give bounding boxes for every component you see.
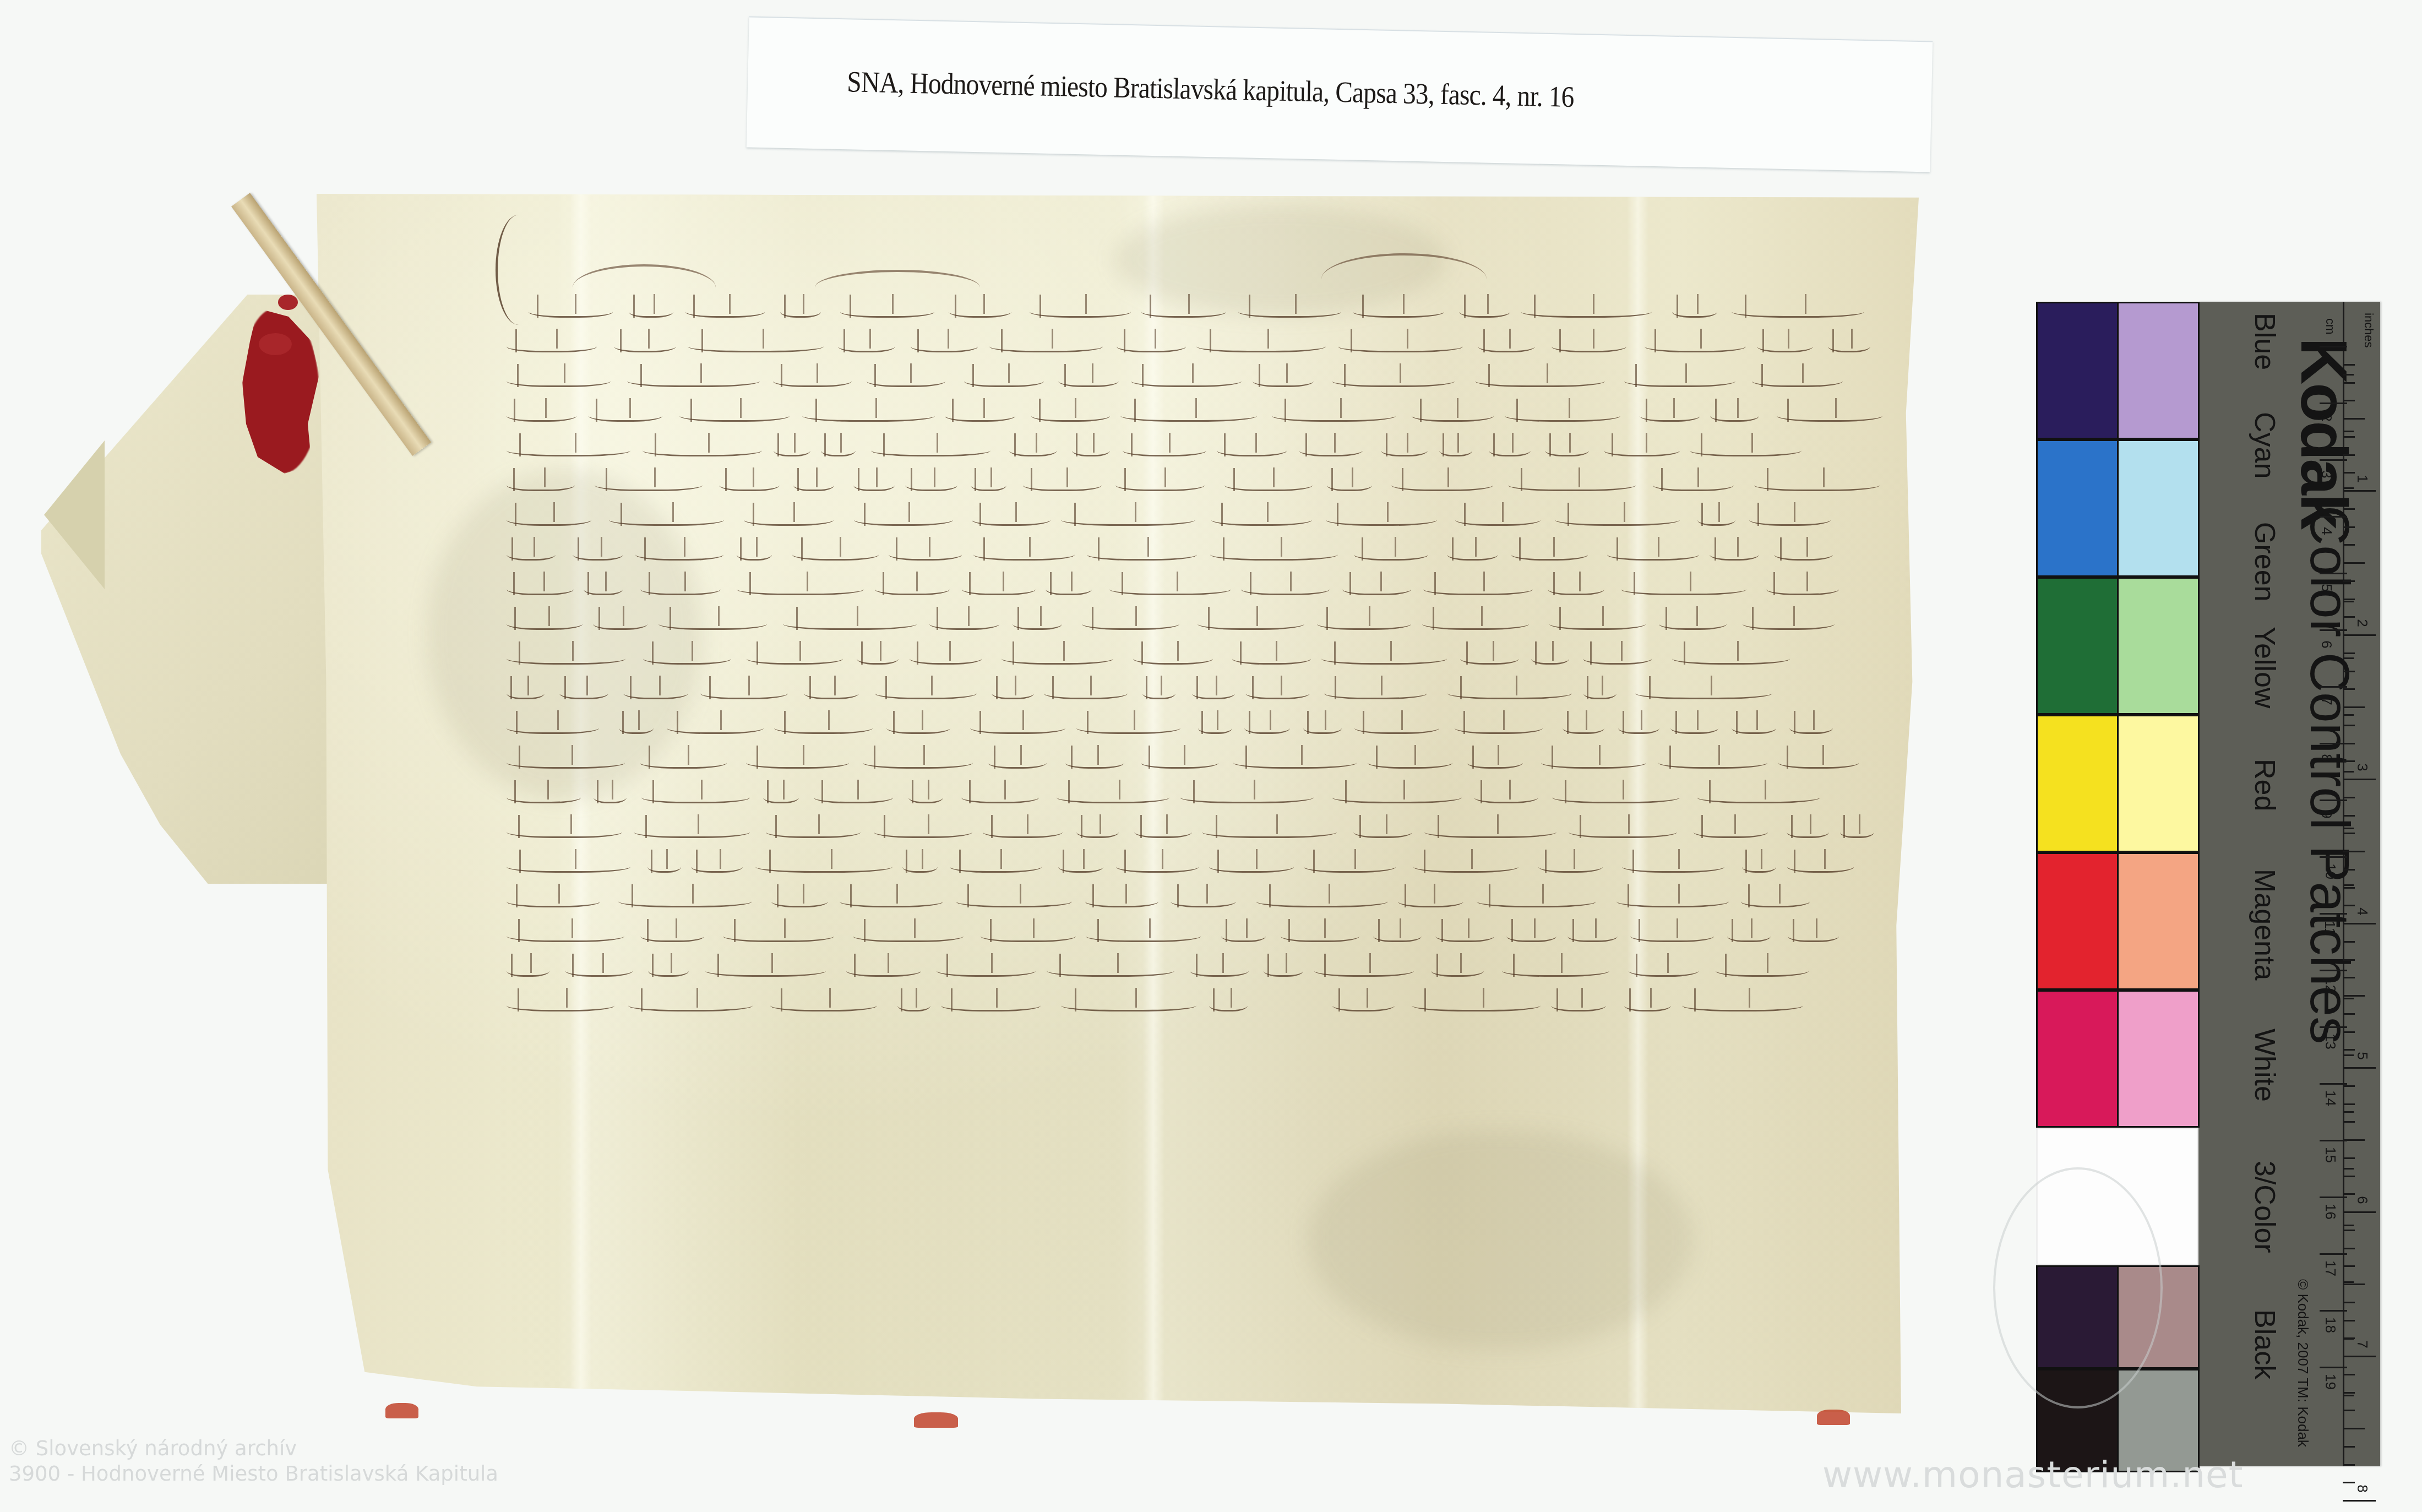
inch-subtick — [2343, 544, 2355, 546]
cm-tick-label: 18 — [2322, 1317, 2339, 1333]
inch-subtick — [2343, 869, 2355, 871]
cm-tick-label: 3 — [2318, 470, 2335, 478]
cm-tick-label: 4 — [2318, 527, 2335, 535]
inch-subtick — [2343, 400, 2355, 401]
inch-subtick — [2343, 1176, 2355, 1177]
cm-tick-label: 5 — [2318, 584, 2335, 591]
inch-subtick — [2343, 1410, 2355, 1411]
inch-subtick — [2343, 652, 2355, 654]
cm-tick — [2320, 1083, 2347, 1085]
inch-subtick — [2343, 436, 2355, 438]
inch-tick-label: 4 — [2354, 907, 2371, 915]
inch-tick — [2343, 923, 2376, 924]
swatch-label-white: White — [2248, 1029, 2281, 1102]
inch-subtick — [2343, 1320, 2355, 1321]
swatch-green-dark — [2036, 577, 2119, 715]
cm-tick-label: 7 — [2318, 697, 2335, 705]
half-cm-tick — [2343, 601, 2354, 602]
wax-trace — [385, 1403, 418, 1418]
inch-subtick — [2343, 1464, 2355, 1466]
inch-subtick — [2343, 1374, 2355, 1375]
cm-tick — [2320, 573, 2347, 574]
script-line — [507, 569, 1899, 604]
stain — [1308, 1130, 1693, 1350]
half-cm-tick — [2343, 431, 2354, 432]
archive-watermark: © Slovenský národný archív 3900 - Hodnov… — [9, 1436, 498, 1487]
inch-subtick — [2343, 995, 2365, 997]
swatch-red-light — [2117, 852, 2200, 990]
swatch-blue-light — [2117, 302, 2200, 439]
swatch-red-dark — [2036, 852, 2119, 990]
inch-subtick — [2343, 1283, 2365, 1285]
script-line — [507, 812, 1899, 847]
cm-tick — [2320, 686, 2347, 688]
half-cm-tick — [2343, 1111, 2354, 1113]
copyright-line: © Slovenský národný archív — [9, 1436, 498, 1461]
cm-tick — [2320, 459, 2347, 461]
cm-tick — [2320, 1196, 2347, 1198]
script-line — [507, 465, 1899, 500]
script-line — [507, 916, 1899, 951]
swatch-green-light — [2117, 577, 2200, 715]
inch-unit-label: inches — [2361, 313, 2376, 348]
half-cm-tick — [2343, 1225, 2354, 1226]
inch-subtick — [2343, 1482, 2355, 1483]
inch-subtick — [2343, 1121, 2355, 1123]
swatch-yellow-light — [2117, 715, 2200, 852]
script-line — [507, 986, 1899, 1020]
inch-subtick — [2343, 472, 2355, 474]
inch-subtick — [2343, 599, 2355, 600]
inch-subtick — [2343, 1103, 2355, 1105]
inch-subtick — [2343, 454, 2355, 456]
cm-tick-label: 11 — [2321, 921, 2338, 936]
swatch-label-3-color: 3/Color — [2248, 1161, 2281, 1253]
cm-tick — [2320, 1026, 2347, 1028]
inch-subtick — [2343, 1428, 2365, 1429]
swatch-yellow-dark — [2036, 715, 2119, 852]
inch-tick-label: 7 — [2354, 1340, 2371, 1348]
inch-tick-label: 3 — [2354, 763, 2371, 771]
inch-subtick — [2343, 1392, 2355, 1394]
cm-tick — [2320, 856, 2347, 858]
half-cm-tick — [2343, 771, 2354, 773]
seal-fragment — [278, 295, 298, 310]
inch-tick — [2343, 1211, 2376, 1213]
script-line — [507, 847, 1899, 882]
inch-subtick — [2343, 941, 2355, 943]
script-line — [507, 639, 1899, 673]
inch-subtick — [2343, 706, 2365, 708]
inch-subtick — [2343, 508, 2355, 510]
cm-unit-label: cm — [2323, 318, 2337, 334]
script-line — [507, 708, 1899, 743]
inch-subtick — [2343, 1265, 2355, 1267]
inch-subtick — [2343, 1302, 2355, 1303]
inch-subtick — [2343, 815, 2355, 817]
inch-subtick — [2343, 1193, 2355, 1195]
half-cm-tick — [2343, 487, 2354, 489]
cm-tick-label: 6 — [2318, 640, 2335, 648]
inch-subtick — [2343, 887, 2355, 889]
inch-tick-label: 1 — [2354, 475, 2371, 482]
half-cm-tick — [2343, 374, 2354, 376]
half-cm-tick — [2343, 657, 2354, 659]
inch-subtick — [2343, 797, 2355, 798]
cm-tick-label: 9 — [2318, 811, 2335, 818]
inch-tick — [2343, 490, 2376, 492]
swatch-cyan-light — [2117, 439, 2200, 577]
wax-trace — [1817, 1410, 1850, 1425]
inch-subtick — [2343, 671, 2355, 672]
inch-tick — [2343, 779, 2376, 780]
cm-tick-label: 14 — [2322, 1090, 2339, 1106]
script-line — [507, 604, 1899, 639]
inch-subtick — [2343, 833, 2355, 834]
cm-tick — [2320, 1367, 2347, 1368]
script-line — [507, 327, 1899, 361]
inch-subtick — [2343, 1085, 2355, 1087]
inch-tick — [2343, 1500, 2376, 1502]
cm-tick-label: 12 — [2322, 977, 2339, 993]
fond-line: 3900 - Hodnoverné Miesto Bratislavská Ka… — [9, 1461, 498, 1487]
site-watermark: www.monasterium.net — [1822, 1454, 2244, 1496]
inch-subtick — [2343, 1013, 2355, 1015]
kodak-brand: Kodak — [2286, 338, 2361, 528]
kodak-ruler: Kodak Color Control Patches © Kodak, 200… — [2198, 302, 2380, 1466]
script-line — [507, 500, 1899, 535]
inch-subtick — [2343, 1157, 2355, 1159]
swatch-cyan-dark — [2036, 439, 2119, 577]
cm-tick-label: 8 — [2318, 754, 2335, 762]
inch-subtick — [2343, 1031, 2355, 1033]
inch-subtick — [2343, 382, 2355, 384]
inch-subtick — [2343, 364, 2355, 366]
half-cm-tick — [2343, 884, 2354, 886]
script-line — [507, 673, 1899, 708]
inch-subtick — [2343, 1248, 2355, 1249]
script-line — [507, 882, 1899, 916]
cm-tick-label: 13 — [2322, 1034, 2339, 1049]
script-line — [507, 535, 1899, 569]
inch-subtick — [2343, 743, 2355, 744]
inch-subtick — [2343, 418, 2365, 420]
cm-tick-label: 19 — [2322, 1374, 2339, 1390]
cm-tick-label: 17 — [2322, 1260, 2339, 1276]
half-cm-tick — [2343, 1395, 2354, 1396]
half-cm-tick — [2343, 1168, 2354, 1170]
script-line — [507, 292, 1899, 327]
cm-tick-label: 16 — [2322, 1204, 2339, 1220]
script-line — [507, 361, 1899, 396]
inch-subtick — [2343, 851, 2365, 852]
script-line — [507, 743, 1899, 777]
inch-subtick — [2343, 725, 2355, 726]
swatch-label-cyan: Cyan — [2248, 412, 2281, 478]
inch-subtick — [2343, 616, 2355, 618]
swatch-magenta-dark — [2036, 990, 2119, 1128]
inch-tick-label: 8 — [2354, 1484, 2371, 1492]
kodak-copyright: © Kodak, 2007 TM: Kodak — [2294, 1279, 2311, 1447]
cm-tick — [2320, 913, 2347, 915]
inch-tick-label: 5 — [2354, 1052, 2371, 1059]
swatch-label-magenta: Magenta — [2248, 869, 2281, 980]
inch-subtick — [2343, 688, 2355, 690]
inch-tick — [2343, 1067, 2376, 1069]
swatch-label-black: Black — [2248, 1309, 2281, 1379]
half-cm-tick — [2343, 1054, 2354, 1056]
script-line — [507, 431, 1899, 465]
archival-signature-text: SNA, Hodnoverné miesto Bratislavská kapi… — [847, 64, 1575, 114]
half-cm-tick — [2343, 1281, 2354, 1283]
inch-subtick — [2343, 959, 2355, 961]
inch-tick — [2343, 634, 2376, 636]
swatch-label-green: Green — [2248, 522, 2281, 602]
inch-subtick — [2343, 1049, 2355, 1051]
cm-tick — [2320, 346, 2347, 347]
cm-tick — [2320, 1253, 2347, 1255]
inch-subtick — [2343, 562, 2365, 564]
archive-seal-watermark — [1993, 1167, 2163, 1408]
inch-subtick — [2343, 580, 2355, 582]
script-line — [507, 396, 1899, 431]
cm-tick — [2320, 799, 2347, 801]
handwritten-text-block — [507, 292, 1899, 1020]
cm-tick — [2320, 970, 2347, 971]
inch-subtick — [2343, 1446, 2355, 1448]
cm-tick — [2320, 516, 2347, 518]
swatch-blue-dark — [2036, 302, 2119, 439]
inch-subtick — [2343, 977, 2355, 978]
cm-tick — [2320, 1310, 2347, 1312]
cm-tick-label: 15 — [2322, 1147, 2339, 1163]
seal-fragment — [259, 333, 292, 355]
half-cm-tick — [2343, 828, 2354, 829]
inch-subtick — [2343, 1230, 2355, 1231]
swatch-label-red: Red — [2248, 759, 2281, 811]
half-cm-tick — [2343, 998, 2354, 999]
inch-tick-label: 6 — [2354, 1196, 2371, 1204]
inch-subtick — [2343, 905, 2355, 906]
swatch-label-yellow: Yellow — [2248, 627, 2281, 708]
script-line — [507, 777, 1899, 812]
archival-label-strip: SNA, Hodnoverné miesto Bratislavská kapi… — [747, 17, 1933, 172]
cm-tick-label: 10 — [2322, 863, 2339, 879]
inch-tick — [2343, 1356, 2376, 1357]
inch-subtick — [2343, 1337, 2355, 1339]
cm-tick — [2320, 629, 2347, 631]
inch-subtick — [2343, 526, 2355, 528]
inch-subtick — [2343, 1139, 2365, 1141]
script-line — [507, 951, 1899, 986]
inch-subtick — [2343, 760, 2355, 762]
wax-trace — [914, 1412, 958, 1428]
half-cm-tick — [2343, 714, 2354, 716]
cm-tick — [2320, 403, 2347, 404]
cm-tick-label: 2 — [2318, 414, 2335, 421]
inch-tick-label: 2 — [2354, 619, 2371, 627]
swatch-label-blue: Blue — [2248, 313, 2281, 370]
swatch-magenta-light — [2117, 990, 2200, 1128]
cm-tick-label: 1 — [2318, 357, 2335, 365]
